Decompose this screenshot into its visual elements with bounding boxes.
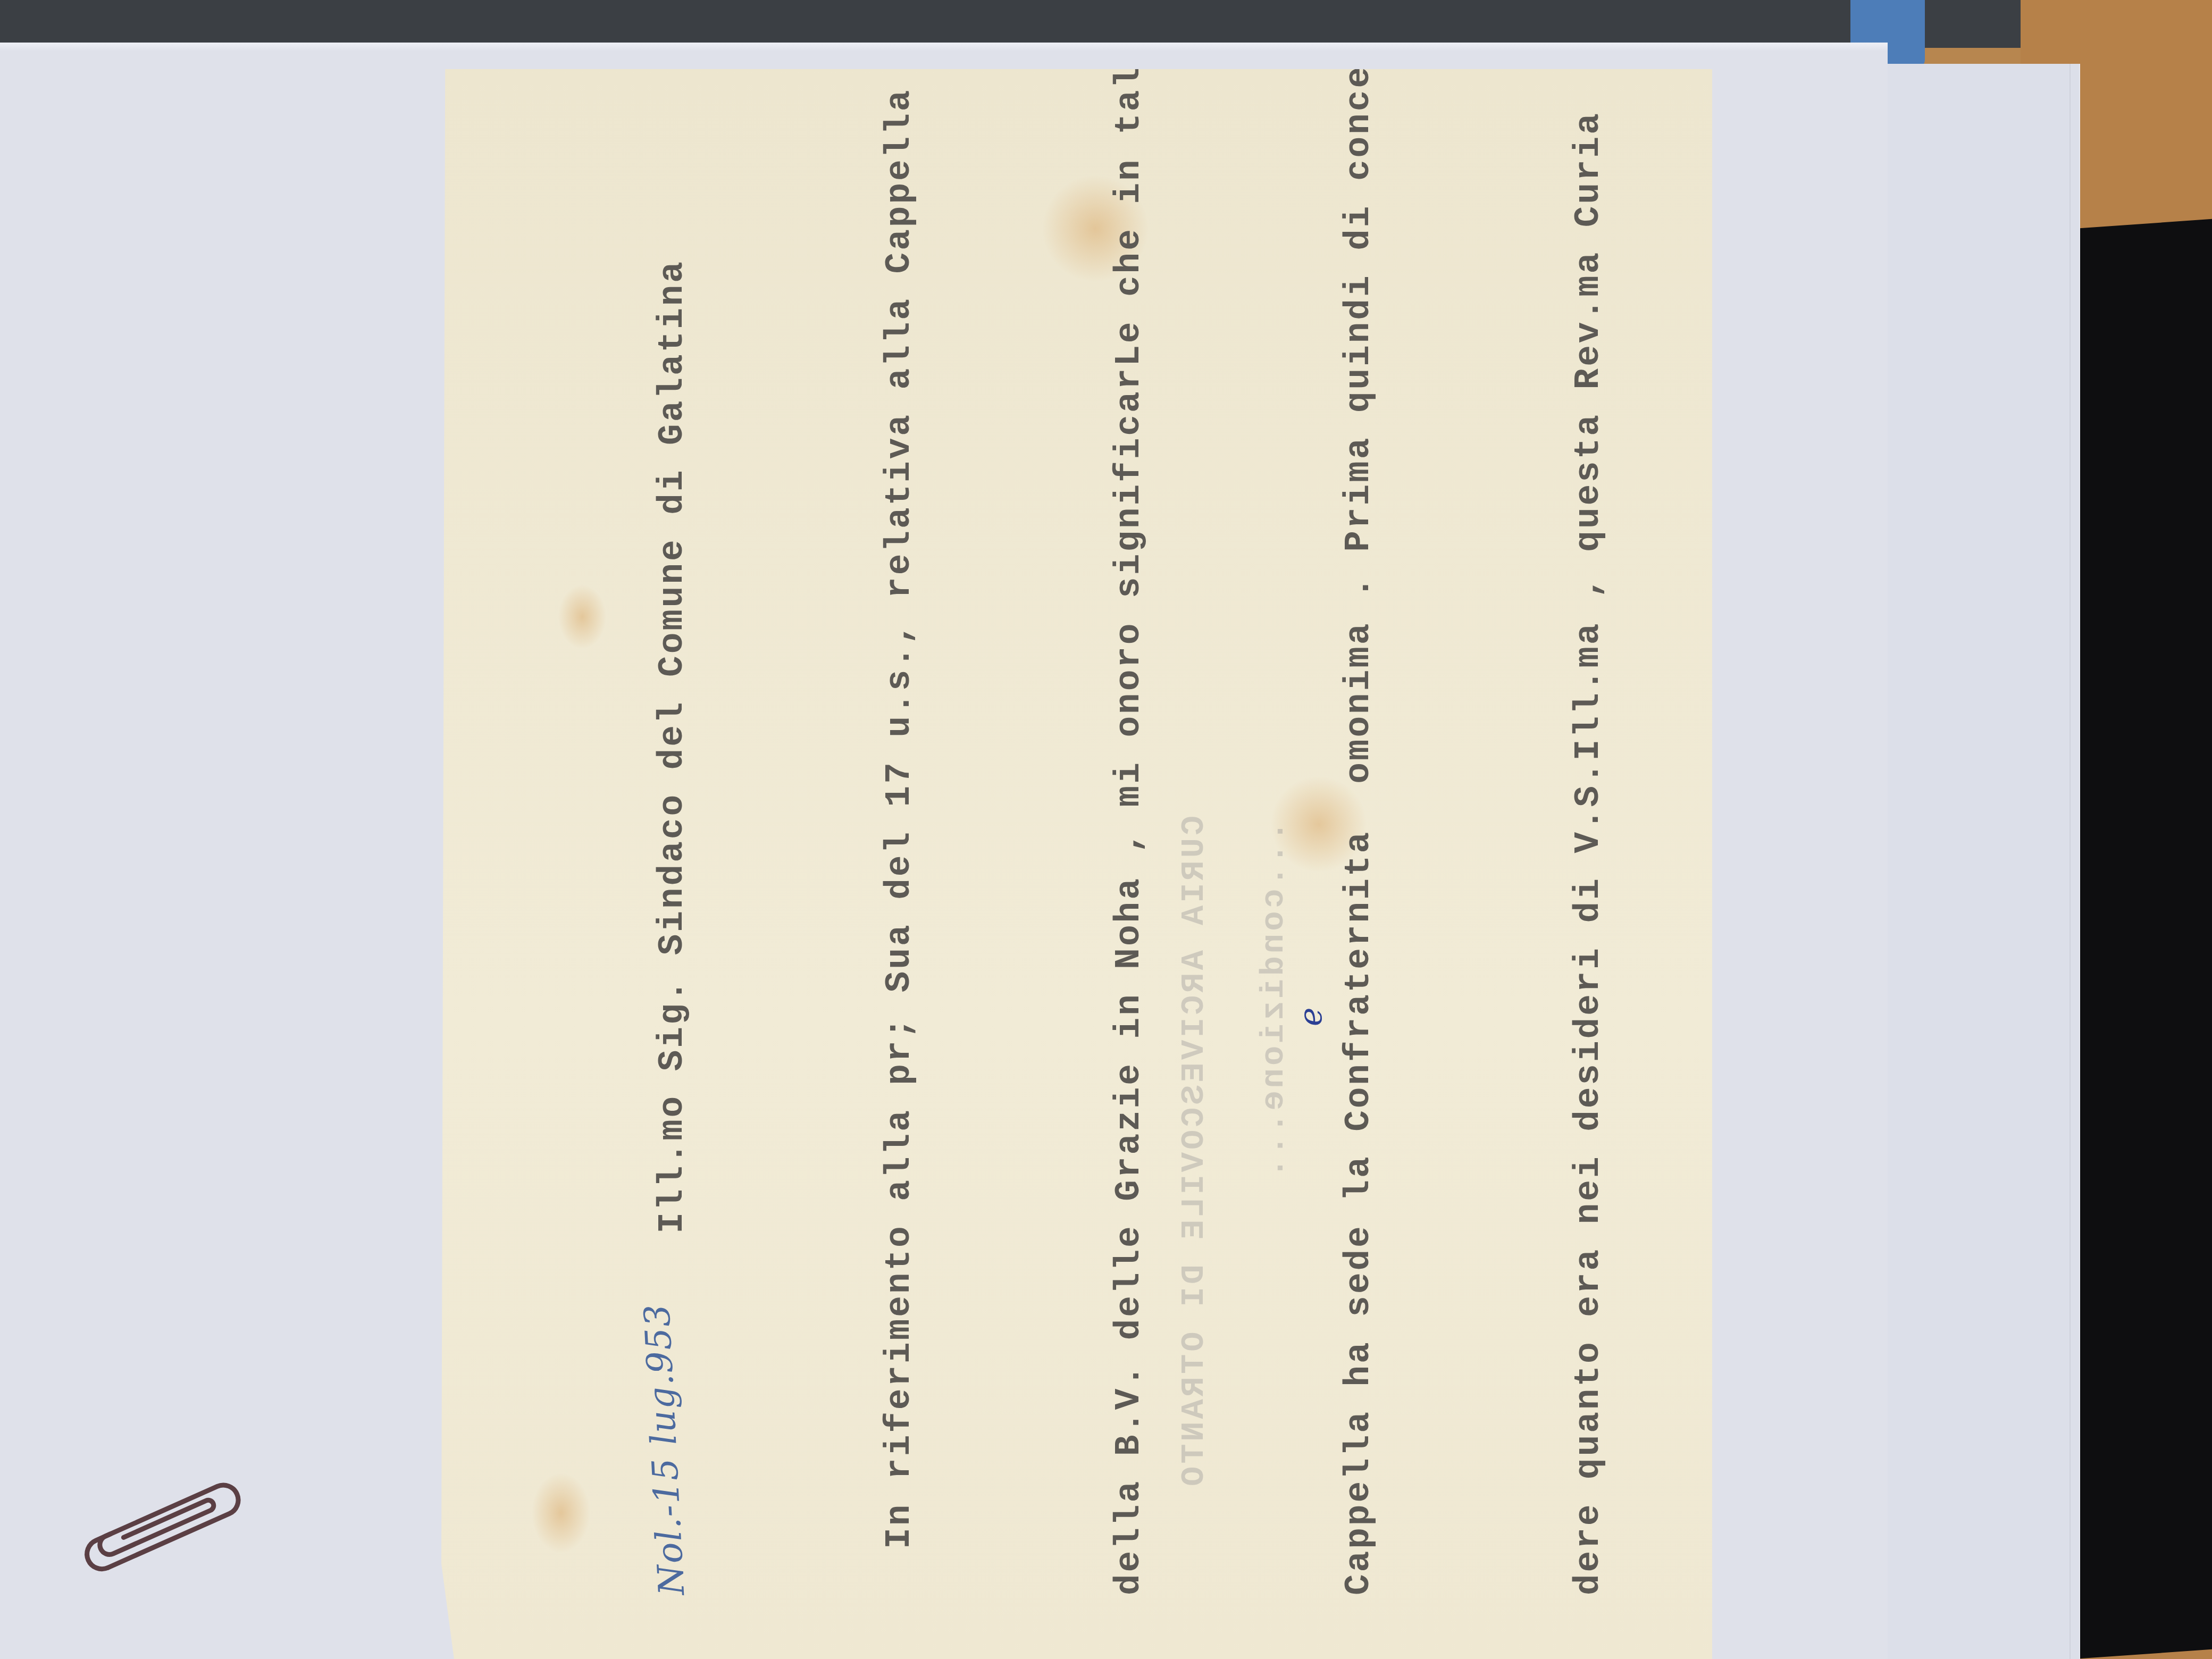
letter-page: CURIA ARCIVESCOVILE DI OTRANTO ...condiz… (441, 69, 1712, 1659)
letter-header: Nol.-15 lug.953 Ill.mo Sig. Sindaco del … (632, 112, 708, 1595)
letter-line: In riferimento alla pr; Sua del 17 u.s.,… (861, 112, 938, 1595)
letter-line: dere quanto era nei desideri di V.S.Ill.… (1551, 112, 1627, 1595)
handwritten-date: Nol.-15 lug.953 (619, 1301, 711, 1597)
back-paper-stack (1877, 64, 2080, 1659)
dark-object (2074, 219, 2212, 1659)
salutation: Ill.mo Sig. Sindaco del Comune di Galati… (652, 259, 692, 1233)
letter-line: Cappella ha sede la Confraternita omonim… (1321, 112, 1397, 1595)
letter-line: della B.V. delle Grazie in Noha , mi ono… (1091, 112, 1168, 1595)
handwritten-correction: e (1292, 1007, 1329, 1026)
